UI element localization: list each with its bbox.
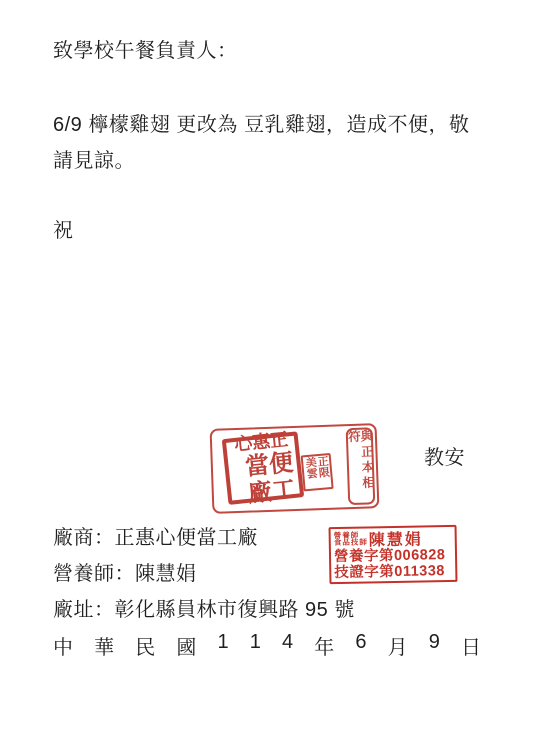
company-seal-column-left: 工廠 xyxy=(237,476,293,508)
company-square-seal: 正惠心 便當 工廠 xyxy=(222,431,304,505)
personal-seal-column-right: 正限 xyxy=(316,455,330,478)
date-char: 華 xyxy=(94,631,114,660)
personal-seal-column-left: 美雲 xyxy=(304,456,318,479)
wish-line: 祝 xyxy=(53,213,74,249)
date-char: 1 xyxy=(218,631,229,660)
cert-license-1: 營養字第006828 xyxy=(334,546,452,564)
cert-title-bottom: 食品技師 xyxy=(334,538,368,546)
body-line-2: 請見諒。 xyxy=(53,143,135,179)
date-char: 中 xyxy=(53,631,73,660)
verify-original-text: 與正本相符 xyxy=(347,429,375,503)
date-char: 6 xyxy=(355,631,366,660)
date-char: 年 xyxy=(314,631,334,660)
cert-license-2: 技證字第011338 xyxy=(334,563,452,581)
address-line: 廠址：彰化縣員林市復興路 95 號 xyxy=(53,592,355,628)
date-char: 1 xyxy=(250,631,261,660)
nutritionist-line: 營養師：陳慧娟 xyxy=(53,556,197,592)
letter-document: 致學校午餐負責人： 6/9 檸檬雞翅 更改為 豆乳雞翅，造成不便，敬 請見諒。 … xyxy=(0,0,536,730)
date-char: 4 xyxy=(282,631,293,660)
date-char: 國 xyxy=(176,631,196,660)
vendor-line: 廠商：正惠心便當工廠 xyxy=(53,520,258,556)
nutritionist-license-stamp: 營養師 食品技師 陳慧娟 營養字第006828 技證字第011338 xyxy=(329,525,458,584)
date-char: 9 xyxy=(429,631,440,660)
date-char: 日 xyxy=(461,631,481,660)
roc-date-line: 中 華 民 國 1 1 4 年 6 月 9 日 xyxy=(53,631,481,660)
personal-name-seal: 正限 美雲 xyxy=(301,453,334,491)
verify-original-frame: 與正本相符 xyxy=(346,427,376,505)
closing-line: 教安 xyxy=(424,440,465,476)
date-char: 民 xyxy=(135,631,155,660)
date-char: 月 xyxy=(388,631,408,660)
factory-copy-stamp: 正惠心 便當 工廠 正限 美雲 與正本相符 xyxy=(210,423,380,514)
body-line-1: 6/9 檸檬雞翅 更改為 豆乳雞翅，造成不便，敬 xyxy=(53,107,469,143)
salutation-line: 致學校午餐負責人： xyxy=(53,33,238,69)
